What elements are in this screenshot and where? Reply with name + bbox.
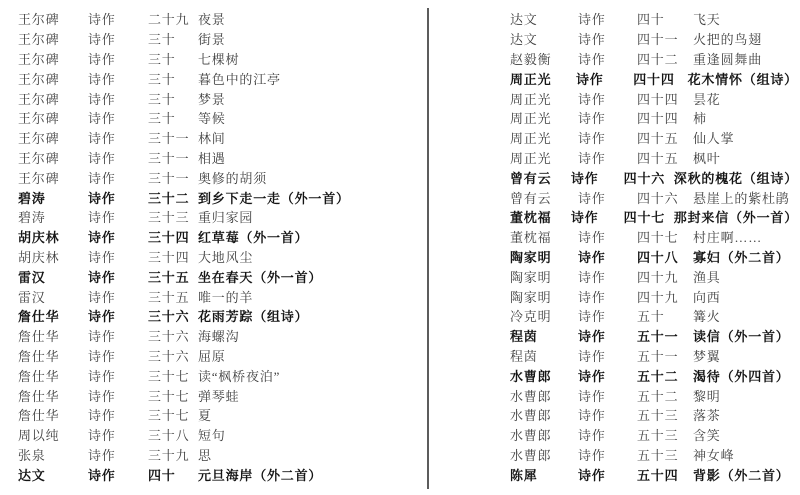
table-row: 王尔碑诗作三十七棵树 (18, 49, 420, 69)
work-type-label: 诗作 (578, 9, 637, 28)
work-type-label: 诗作 (578, 49, 637, 68)
work-type-label: 诗作 (88, 306, 148, 325)
work-title: 篝火 (693, 306, 798, 325)
work-title: 唯一的羊 (198, 287, 420, 306)
author-name: 詹仕华 (18, 405, 88, 424)
author-name: 詹仕华 (18, 366, 88, 385)
work-type-label: 诗作 (578, 366, 637, 385)
table-row: 水曹郎诗作五十三落茶 (510, 405, 798, 425)
author-name: 雷汉 (18, 287, 88, 306)
page-number: 四十六 (637, 188, 693, 207)
work-type-label: 诗作 (88, 148, 148, 167)
page-number: 三十一 (148, 148, 198, 167)
work-title: 夏 (198, 405, 420, 424)
work-type-label: 诗作 (578, 89, 637, 108)
work-type-label: 诗作 (88, 207, 148, 226)
work-type-label: 诗作 (578, 267, 637, 286)
work-type-label: 诗作 (88, 267, 148, 286)
work-title: 那封来信（外一首） (674, 207, 798, 226)
work-title: 梦景 (198, 89, 420, 108)
work-type-label: 诗作 (88, 89, 148, 108)
author-name: 王尔碑 (18, 29, 88, 48)
work-title: 林间 (198, 128, 420, 147)
author-name: 陈犀 (510, 465, 578, 484)
work-type-label: 诗作 (88, 128, 148, 147)
author-name: 冷克明 (510, 306, 578, 325)
work-type-label: 诗作 (578, 287, 637, 306)
work-type-label: 诗作 (88, 346, 148, 365)
page-number: 三十 (148, 89, 198, 108)
work-title: 读“枫桥夜泊” (198, 366, 420, 385)
work-title: 村庄啊…… (693, 227, 798, 246)
author-name: 周正光 (510, 108, 578, 127)
table-row: 冷克明诗作五十篝火 (510, 306, 798, 326)
page-number: 三十八 (148, 425, 198, 444)
work-title: 暮色中的江亭 (198, 69, 420, 88)
page-number: 四十四 (633, 69, 687, 88)
author-name: 詹仕华 (18, 306, 88, 325)
work-title: 火把的鸟翅 (693, 29, 798, 48)
work-type-label: 诗作 (578, 326, 637, 345)
work-title: 柿 (693, 108, 798, 127)
work-title: 弹琴蛙 (198, 386, 420, 405)
table-row: 詹仕华诗作三十六屈原 (18, 346, 420, 366)
table-row: 水曹郎诗作五十三含笑 (510, 425, 798, 445)
work-title: 背影（外二首） (693, 465, 798, 484)
work-type-label: 诗作 (88, 405, 148, 424)
table-row: 达文诗作四十飞天 (510, 9, 798, 29)
work-title: 等候 (198, 108, 420, 127)
table-row: 詹仕华诗作三十七夏 (18, 405, 420, 425)
work-title: 寡妇（外二首） (693, 247, 798, 266)
work-title: 深秋的槐花（组诗） (674, 168, 798, 187)
page-number: 三十四 (148, 247, 198, 266)
author-name: 王尔碑 (18, 9, 88, 28)
table-row: 陈犀诗作五十四背影（外二首） (510, 464, 798, 484)
page-number: 四十一 (637, 29, 693, 48)
work-type-label: 诗作 (578, 247, 637, 266)
page-number: 五十一 (637, 326, 693, 345)
table-row: 周正光诗作四十四花木情怀（组诗） (510, 68, 798, 88)
page-number: 三十三 (148, 207, 198, 226)
work-type-label: 诗作 (578, 346, 637, 365)
author-name: 陶家明 (510, 267, 578, 286)
work-title: 七棵树 (198, 49, 420, 68)
page-number: 五十三 (637, 405, 693, 424)
work-title: 坐在春天（外一首） (198, 267, 420, 286)
toc-page: 王尔碑诗作二十九夜景王尔碑诗作三十街景王尔碑诗作三十七棵树王尔碑诗作三十暮色中的… (0, 0, 800, 495)
author-name: 达文 (510, 9, 578, 28)
page-number: 四十 (637, 9, 693, 28)
work-type-label: 诗作 (578, 386, 637, 405)
work-title: 红草莓（外一首） (198, 227, 420, 246)
page-number: 三十六 (148, 306, 198, 325)
work-title: 枫叶 (693, 148, 798, 167)
page-number: 三十七 (148, 386, 198, 405)
author-name: 詹仕华 (18, 386, 88, 405)
work-type-label: 诗作 (88, 445, 148, 464)
table-row: 陶家明诗作四十八寡妇（外二首） (510, 247, 798, 267)
work-title: 元旦海岸（外二首） (198, 465, 420, 484)
table-row: 周正光诗作四十四柿 (510, 108, 798, 128)
work-type-label: 诗作 (88, 69, 148, 88)
table-row: 雷汉诗作三十五唯一的羊 (18, 286, 420, 306)
author-name: 陶家明 (510, 247, 578, 266)
work-title: 到乡下走一走（外一首） (198, 188, 420, 207)
table-row: 王尔碑诗作三十等候 (18, 108, 420, 128)
table-row: 张泉诗作三十九思 (18, 445, 420, 465)
table-row: 王尔碑诗作三十街景 (18, 29, 420, 49)
work-title: 街景 (198, 29, 420, 48)
work-title: 读信（外一首） (693, 326, 798, 345)
work-type-label: 诗作 (571, 207, 624, 226)
page-number: 五十四 (637, 465, 693, 484)
author-name: 王尔碑 (18, 49, 88, 68)
work-type-label: 诗作 (88, 29, 148, 48)
page-number: 三十一 (148, 168, 198, 187)
table-row: 陶家明诗作四十九渔具 (510, 266, 798, 286)
work-title: 相遇 (198, 148, 420, 167)
page-number: 四十七 (624, 207, 674, 226)
table-row: 王尔碑诗作三十暮色中的江亭 (18, 68, 420, 88)
page-number: 五十一 (637, 346, 693, 365)
table-row: 王尔碑诗作三十一林间 (18, 128, 420, 148)
work-title: 夜景 (198, 9, 420, 28)
author-name: 曾有云 (510, 168, 571, 187)
work-title: 梦翼 (693, 346, 798, 365)
author-name: 达文 (18, 465, 88, 484)
page-number: 五十 (637, 306, 693, 325)
work-type-label: 诗作 (578, 29, 637, 48)
work-type-label: 诗作 (88, 247, 148, 266)
table-row: 达文诗作四十一火把的鸟翅 (510, 29, 798, 49)
work-title: 思 (198, 445, 420, 464)
table-row: 王尔碑诗作三十梦景 (18, 88, 420, 108)
page-number: 四十六 (624, 168, 674, 187)
page-number: 三十六 (148, 346, 198, 365)
author-name: 程茵 (510, 346, 578, 365)
work-title: 昙花 (693, 89, 798, 108)
work-title: 重归家园 (198, 207, 420, 226)
work-type-label: 诗作 (578, 405, 637, 424)
table-row: 赵毅衡诗作四十二重逢圆舞曲 (510, 49, 798, 69)
work-type-label: 诗作 (88, 326, 148, 345)
work-type-label: 诗作 (578, 108, 637, 127)
work-title: 奥修的胡须 (198, 168, 420, 187)
work-type-label: 诗作 (578, 148, 637, 167)
work-type-label: 诗作 (88, 188, 148, 207)
table-row: 王尔碑诗作三十一相遇 (18, 148, 420, 168)
author-name: 董枕福 (510, 227, 578, 246)
page-number: 三十七 (148, 405, 198, 424)
work-title: 飞天 (693, 9, 798, 28)
page-number: 四十五 (637, 148, 693, 167)
work-title: 渴待（外四首） (693, 366, 798, 385)
work-type-label: 诗作 (88, 386, 148, 405)
author-name: 胡庆林 (18, 227, 88, 246)
author-name: 程茵 (510, 326, 578, 345)
work-type-label: 诗作 (578, 188, 637, 207)
work-title: 渔具 (693, 267, 798, 286)
table-row: 周以纯诗作三十八短句 (18, 425, 420, 445)
work-type-label: 诗作 (576, 69, 633, 88)
work-title: 短句 (198, 425, 420, 444)
work-type-label: 诗作 (578, 445, 637, 464)
page-number: 二十九 (148, 9, 198, 28)
table-row: 王尔碑诗作二十九夜景 (18, 9, 420, 29)
work-title: 含笑 (693, 425, 798, 444)
page-number: 四十四 (637, 89, 693, 108)
work-type-label: 诗作 (88, 108, 148, 127)
author-name: 水曹郎 (510, 405, 578, 424)
author-name: 雷汉 (18, 267, 88, 286)
table-row: 曾有云诗作四十六悬崖上的紫杜鹃 (510, 187, 798, 207)
table-row: 周正光诗作四十五仙人掌 (510, 128, 798, 148)
table-row: 周正光诗作四十四昙花 (510, 88, 798, 108)
author-name: 胡庆林 (18, 247, 88, 266)
work-type-label: 诗作 (578, 227, 637, 246)
page-number: 四十七 (637, 227, 693, 246)
table-row: 雷汉诗作三十五坐在春天（外一首） (18, 266, 420, 286)
table-row: 程茵诗作五十一读信（外一首） (510, 326, 798, 346)
work-title: 屈原 (198, 346, 420, 365)
table-row: 胡庆林诗作三十四大地风尘 (18, 247, 420, 267)
author-name: 水曹郎 (510, 366, 578, 385)
page-number: 三十 (148, 108, 198, 127)
author-name: 碧涛 (18, 207, 88, 226)
author-name: 王尔碑 (18, 108, 88, 127)
page-number: 三十四 (148, 227, 198, 246)
work-type-label: 诗作 (88, 366, 148, 385)
page-number: 四十二 (637, 49, 693, 68)
table-row: 陶家明诗作四十九向西 (510, 286, 798, 306)
author-name: 周正光 (510, 128, 578, 147)
author-name: 张泉 (18, 445, 88, 464)
table-row: 董枕福诗作四十七村庄啊…… (510, 227, 798, 247)
work-title: 大地风尘 (198, 247, 420, 266)
table-row: 胡庆林诗作三十四红草莓（外一首） (18, 227, 420, 247)
table-row: 曾有云诗作四十六深秋的槐花（组诗） (510, 167, 798, 187)
page-number: 三十二 (148, 188, 198, 207)
work-title: 仙人掌 (693, 128, 798, 147)
author-name: 詹仕华 (18, 346, 88, 365)
page-number: 三十一 (148, 128, 198, 147)
table-row: 碧涛诗作三十三重归家园 (18, 207, 420, 227)
page-number: 三十 (148, 69, 198, 88)
author-name: 王尔碑 (18, 89, 88, 108)
table-row: 詹仕华诗作三十六花雨芳踪（组诗） (18, 306, 420, 326)
page-number: 四十八 (637, 247, 693, 266)
work-title: 花雨芳踪（组诗） (198, 306, 420, 325)
page-number: 五十二 (637, 366, 693, 385)
author-name: 王尔碑 (18, 69, 88, 88)
page-number: 五十三 (637, 445, 693, 464)
work-title: 悬崖上的紫杜鹃 (693, 188, 798, 207)
author-name: 碧涛 (18, 188, 88, 207)
page-number: 四十九 (637, 287, 693, 306)
page-number: 四十四 (637, 108, 693, 127)
column-divider-line (427, 8, 429, 489)
author-name: 周正光 (510, 148, 578, 167)
work-type-label: 诗作 (88, 227, 148, 246)
work-title: 落茶 (693, 405, 798, 424)
table-row: 王尔碑诗作三十一奥修的胡须 (18, 167, 420, 187)
author-name: 赵毅衡 (510, 49, 578, 68)
page-number: 三十五 (148, 267, 198, 286)
work-type-label: 诗作 (88, 9, 148, 28)
work-title: 海螺沟 (198, 326, 420, 345)
page-number: 三十 (148, 29, 198, 48)
author-name: 水曹郎 (510, 425, 578, 444)
table-row: 周正光诗作四十五枫叶 (510, 148, 798, 168)
table-row: 詹仕华诗作三十七读“枫桥夜泊” (18, 365, 420, 385)
work-type-label: 诗作 (88, 49, 148, 68)
table-row: 董枕福诗作四十七那封来信（外一首） (510, 207, 798, 227)
work-title: 黎明 (693, 386, 798, 405)
author-name: 周正光 (510, 69, 576, 88)
work-title: 向西 (693, 287, 798, 306)
work-type-label: 诗作 (578, 128, 637, 147)
page-number: 五十二 (637, 386, 693, 405)
toc-column-left: 王尔碑诗作二十九夜景王尔碑诗作三十街景王尔碑诗作三十七棵树王尔碑诗作三十暮色中的… (18, 9, 420, 484)
work-title: 花木情怀（组诗） (688, 69, 798, 88)
author-name: 王尔碑 (18, 128, 88, 147)
table-row: 詹仕华诗作三十七弹琴蛙 (18, 385, 420, 405)
toc-column-right: 达文诗作四十飞天达文诗作四十一火把的鸟翅赵毅衡诗作四十二重逢圆舞曲周正光诗作四十… (510, 9, 798, 484)
work-type-label: 诗作 (578, 425, 637, 444)
page-number: 三十五 (148, 287, 198, 306)
page-number: 三十七 (148, 366, 198, 385)
table-row: 詹仕华诗作三十六海螺沟 (18, 326, 420, 346)
table-row: 碧涛诗作三十二到乡下走一走（外一首） (18, 187, 420, 207)
page-number: 三十 (148, 49, 198, 68)
work-type-label: 诗作 (88, 465, 148, 484)
author-name: 王尔碑 (18, 168, 88, 187)
table-row: 达文诗作四十元旦海岸（外二首） (18, 464, 420, 484)
work-type-label: 诗作 (88, 287, 148, 306)
work-title: 神女峰 (693, 445, 798, 464)
work-type-label: 诗作 (88, 168, 148, 187)
author-name: 詹仕华 (18, 326, 88, 345)
work-type-label: 诗作 (88, 425, 148, 444)
author-name: 达文 (510, 29, 578, 48)
work-title: 重逢圆舞曲 (693, 49, 798, 68)
author-name: 王尔碑 (18, 148, 88, 167)
page-number: 三十六 (148, 326, 198, 345)
work-type-label: 诗作 (578, 306, 637, 325)
page-number: 四十五 (637, 128, 693, 147)
author-name: 水曹郎 (510, 445, 578, 464)
work-type-label: 诗作 (571, 168, 624, 187)
author-name: 周正光 (510, 89, 578, 108)
author-name: 曾有云 (510, 188, 578, 207)
page-number: 四十九 (637, 267, 693, 286)
page-number: 三十九 (148, 445, 198, 464)
author-name: 陶家明 (510, 287, 578, 306)
table-row: 水曹郎诗作五十二渴待（外四首） (510, 365, 798, 385)
author-name: 董枕福 (510, 207, 571, 226)
work-type-label: 诗作 (578, 465, 637, 484)
page-number: 五十三 (637, 425, 693, 444)
author-name: 周以纯 (18, 425, 88, 444)
author-name: 水曹郎 (510, 386, 578, 405)
table-row: 水曹郎诗作五十二黎明 (510, 385, 798, 405)
page-number: 四十 (148, 465, 198, 484)
table-row: 程茵诗作五十一梦翼 (510, 346, 798, 366)
table-row: 水曹郎诗作五十三神女峰 (510, 445, 798, 465)
